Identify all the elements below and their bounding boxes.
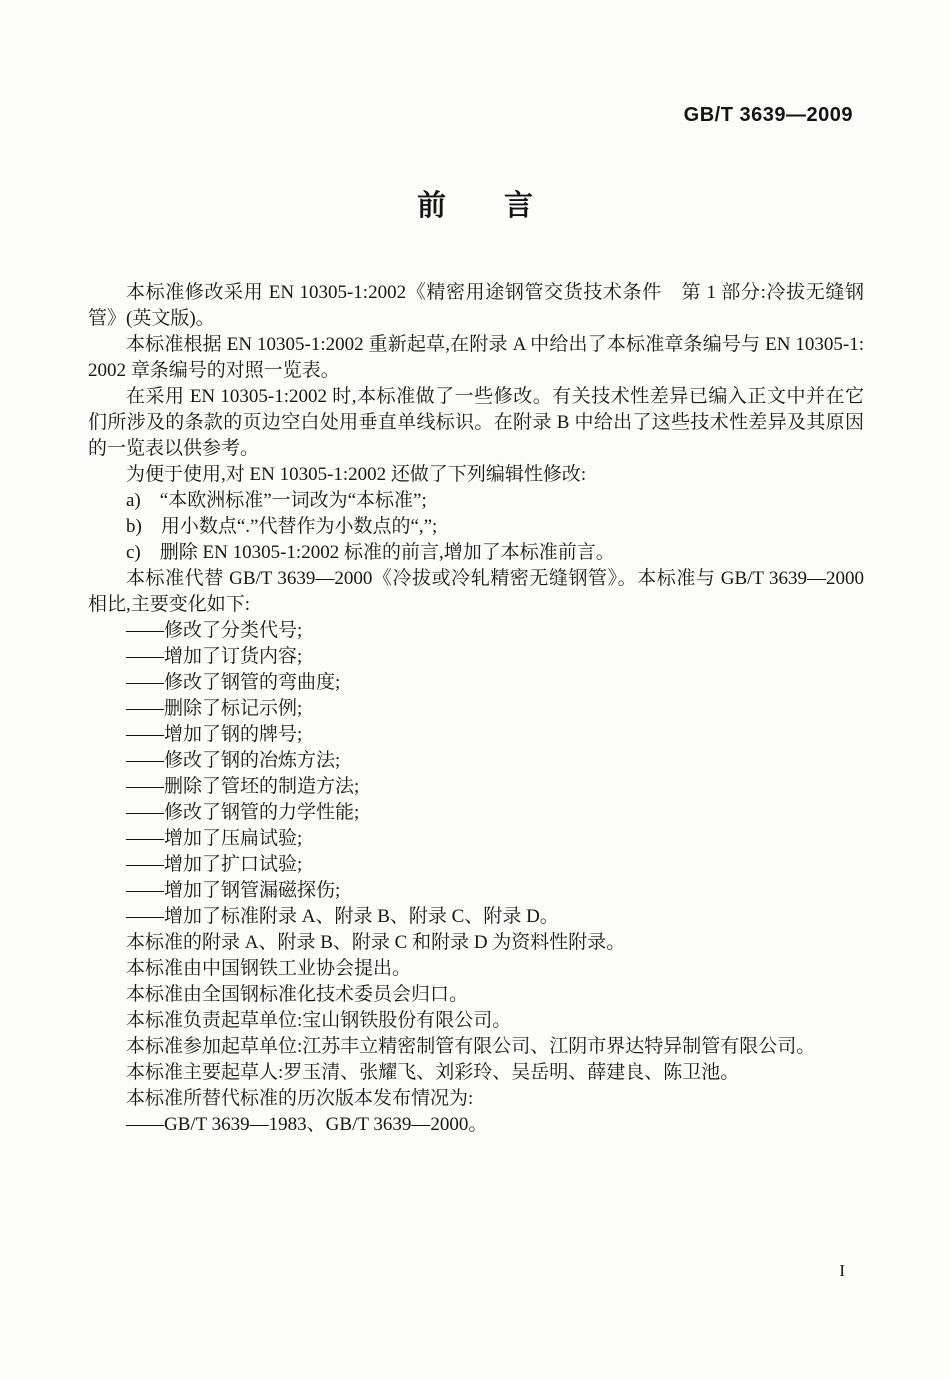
paragraph-line: ——增加了压扁试验; <box>88 826 864 852</box>
paragraph-line: ——删除了管坯的制造方法; <box>88 774 864 800</box>
paragraph-line: 本标准由全国钢标准化技术委员会归口。 <box>88 982 864 1008</box>
page-number: I <box>839 1261 845 1281</box>
paragraph-line: 本标准根据 EN 10305-1:2002 重新起草,在附录 A 中给出了本标准… <box>88 332 864 384</box>
paragraph-line: ——增加了钢的牌号; <box>88 722 864 748</box>
paragraph-line: ——修改了分类代号; <box>88 618 864 644</box>
paragraph-line: b) 用小数点“.”代替作为小数点的“,”; <box>88 514 864 540</box>
paragraph-line: ——修改了钢的冶炼方法; <box>88 748 864 774</box>
paragraph-line: 在采用 EN 10305-1:2002 时,本标准做了一些修改。有关技术性差异已… <box>88 384 864 462</box>
paragraph-line: ——增加了订货内容; <box>88 644 864 670</box>
page-title: 前 言 <box>0 183 950 224</box>
paragraph-line: 本标准修改采用 EN 10305-1:2002《精密用途钢管交货技术条件 第 1… <box>88 280 864 332</box>
paragraph-line: ——修改了钢管的力学性能; <box>88 800 864 826</box>
paragraph-line: a) “本欧洲标准”一词改为“本标准”; <box>88 488 864 514</box>
paragraph-line: 本标准由中国钢铁工业协会提出。 <box>88 956 864 982</box>
paragraph-line: ——修改了钢管的弯曲度; <box>88 670 864 696</box>
paragraph-line: ——增加了钢管漏磁探伤; <box>88 878 864 904</box>
paragraph-line: 本标准所替代标准的历次版本发布情况为: <box>88 1086 864 1112</box>
foreword-body: 本标准修改采用 EN 10305-1:2002《精密用途钢管交货技术条件 第 1… <box>88 280 864 1138</box>
paragraph-line: 本标准参加起草单位:江苏丰立精密制管有限公司、江阴市界达特异制管有限公司。 <box>88 1034 864 1060</box>
paragraph-line: ——增加了扩口试验; <box>88 852 864 878</box>
paragraph-line: c) 删除 EN 10305-1:2002 标准的前言,增加了本标准前言。 <box>88 540 864 566</box>
paragraph-line: ——增加了标准附录 A、附录 B、附录 C、附录 D。 <box>88 904 864 930</box>
paragraph-line: 本标准负责起草单位:宝山钢铁股份有限公司。 <box>88 1008 864 1034</box>
paragraph-line: ——删除了标记示例; <box>88 696 864 722</box>
paragraph-line: 本标准主要起草人:罗玉清、张耀飞、刘彩玲、吴岳明、薛建良、陈卫池。 <box>88 1060 864 1086</box>
paragraph-line: 本标准的附录 A、附录 B、附录 C 和附录 D 为资料性附录。 <box>88 930 864 956</box>
document-page: GB/T 3639—2009 前 言 本标准修改采用 EN 10305-1:20… <box>0 0 950 1378</box>
standard-code-header: GB/T 3639—2009 <box>684 104 853 127</box>
paragraph-line: ——GB/T 3639—1983、GB/T 3639—2000。 <box>88 1112 864 1138</box>
paragraph-line: 为便于使用,对 EN 10305-1:2002 还做了下列编辑性修改: <box>88 462 864 488</box>
paragraph-line: 本标准代替 GB/T 3639—2000《冷拔或冷轧精密无缝钢管》。本标准与 G… <box>88 566 864 618</box>
